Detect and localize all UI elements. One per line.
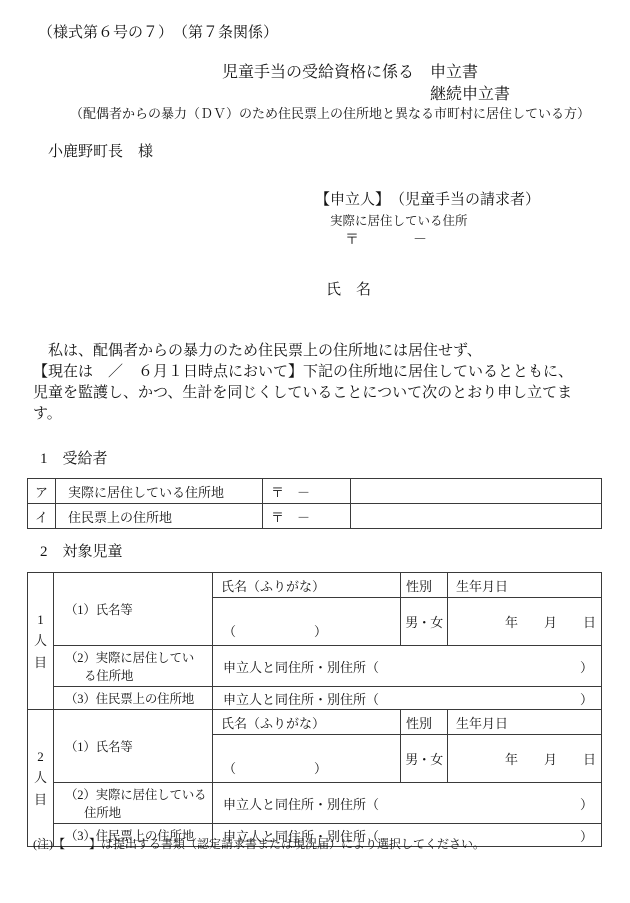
table-row: イ 住民票上の住所地 〒 － (28, 504, 602, 529)
gender-header: 性別 (401, 573, 448, 598)
name-row-label: （1）氏名等 (54, 573, 213, 646)
birth-header: 生年月日 (448, 710, 602, 735)
table-row: ア 実際に居住している住所地 〒 － (28, 479, 602, 504)
name-header: 氏名（ふりがな） (213, 573, 401, 598)
statement-line: 【現在は ／ ６月１日時点において】下記の住所地に居住しているとともに、 (33, 362, 573, 383)
gender-value-cell: 男・女 (401, 735, 448, 783)
table-row: （2）実際に居住してい る住所地 申立人と同住所・別住所（ ） (28, 646, 602, 687)
statement-paragraph: 私は、配偶者からの暴力のため住民票上の住所地には居住せず、 【現在は ／ ６月１… (33, 341, 573, 425)
gender-header: 性別 (401, 710, 448, 735)
applicant-heading: 【申立人】 （児童手当の請求者） (315, 188, 540, 209)
name-header: 氏名（ふりがな） (213, 710, 401, 735)
residence-value-cell: 申立人と同住所・別住所（ ） (213, 646, 602, 687)
form-title: 児童手当の受給資格に係る 申立書 (222, 59, 478, 82)
address-value-cell (351, 504, 602, 529)
form-title-continuation: 継続申立書 (430, 81, 510, 104)
residence-value-cell: 申立人と同住所・別住所（ ） (213, 783, 602, 824)
address-value-cell (351, 479, 602, 504)
row-label: 住民票上の住所地 (56, 504, 263, 529)
section2-heading: 2 対象児童 (40, 540, 123, 561)
row-key: ア (28, 479, 56, 504)
table-row: 2人目 （1）氏名等 氏名（ふりがな） 性別 生年月日 (28, 710, 602, 735)
addressee: 小鹿野町長 様 (48, 140, 153, 161)
person-cell: 2人目 (28, 710, 54, 847)
section1-heading: 1 受給者 (40, 447, 108, 468)
applicant-address-label: 実際に居住している住所 (330, 211, 468, 229)
row-key: イ (28, 504, 56, 529)
birth-value-cell: 年 月 日 (448, 598, 602, 646)
form-page: （様式第６号の７） （第７条関係） 児童手当の受給資格に係る 申立書 継続申立書… (0, 0, 630, 903)
form-code: （様式第６号の７） （第７条関係） (38, 21, 278, 42)
name-value-cell: （ ） (213, 735, 401, 783)
footer-note: (注)【 】は提出する書類（認定請求書または現況届）により選択してください。 (33, 835, 485, 852)
person-cell: 1人目 (28, 573, 54, 710)
table-row: （2）実際に居住している 住所地 申立人と同住所・別住所（ ） (28, 783, 602, 824)
table-row: （3）住民票上の住所地 申立人と同住所・別住所（ ） (28, 687, 602, 710)
postal-cell: 〒 － (263, 504, 351, 529)
form-subtitle: （配偶者からの暴力（ＤＶ）のため住民票上の住所地と異なる市町村に居住している方） (70, 103, 590, 122)
postal-separator: － (413, 229, 427, 249)
table-row: 1人目 （1）氏名等 氏名（ふりがな） 性別 生年月日 (28, 573, 602, 598)
statement-line: す。 (33, 404, 573, 425)
residence-row-label: （2）実際に居住してい る住所地 (54, 646, 213, 687)
name-row-label: （1）氏名等 (54, 710, 213, 783)
recipient-table: ア 実際に居住している住所地 〒 － イ 住民票上の住所地 〒 － (27, 478, 602, 529)
statement-line: 児童を監護し、かつ、生計を同じくしていることについて次のとおり申し立てま (33, 383, 573, 404)
registered-value-cell: 申立人と同住所・別住所（ ） (213, 687, 602, 710)
postal-cell: 〒 － (263, 479, 351, 504)
residence-row-label: （2）実際に居住している 住所地 (54, 783, 213, 824)
birth-header: 生年月日 (448, 573, 602, 598)
registered-row-label: （3）住民票上の住所地 (54, 687, 213, 710)
person-label: 2人目 (34, 746, 47, 810)
applicant-name-label: 氏 名 (326, 278, 371, 299)
statement-line: 私は、配偶者からの暴力のため住民票上の住所地には居住せず、 (33, 341, 573, 362)
person-label: 1人目 (34, 609, 47, 673)
name-value-cell: （ ） (213, 598, 401, 646)
postal-mark: 〒 (345, 229, 359, 249)
row-label: 実際に居住している住所地 (56, 479, 263, 504)
gender-value-cell: 男・女 (401, 598, 448, 646)
birth-value-cell: 年 月 日 (448, 735, 602, 783)
children-table: 1人目 （1）氏名等 氏名（ふりがな） 性別 生年月日 （ ） 男・女 年 月 … (27, 572, 602, 847)
